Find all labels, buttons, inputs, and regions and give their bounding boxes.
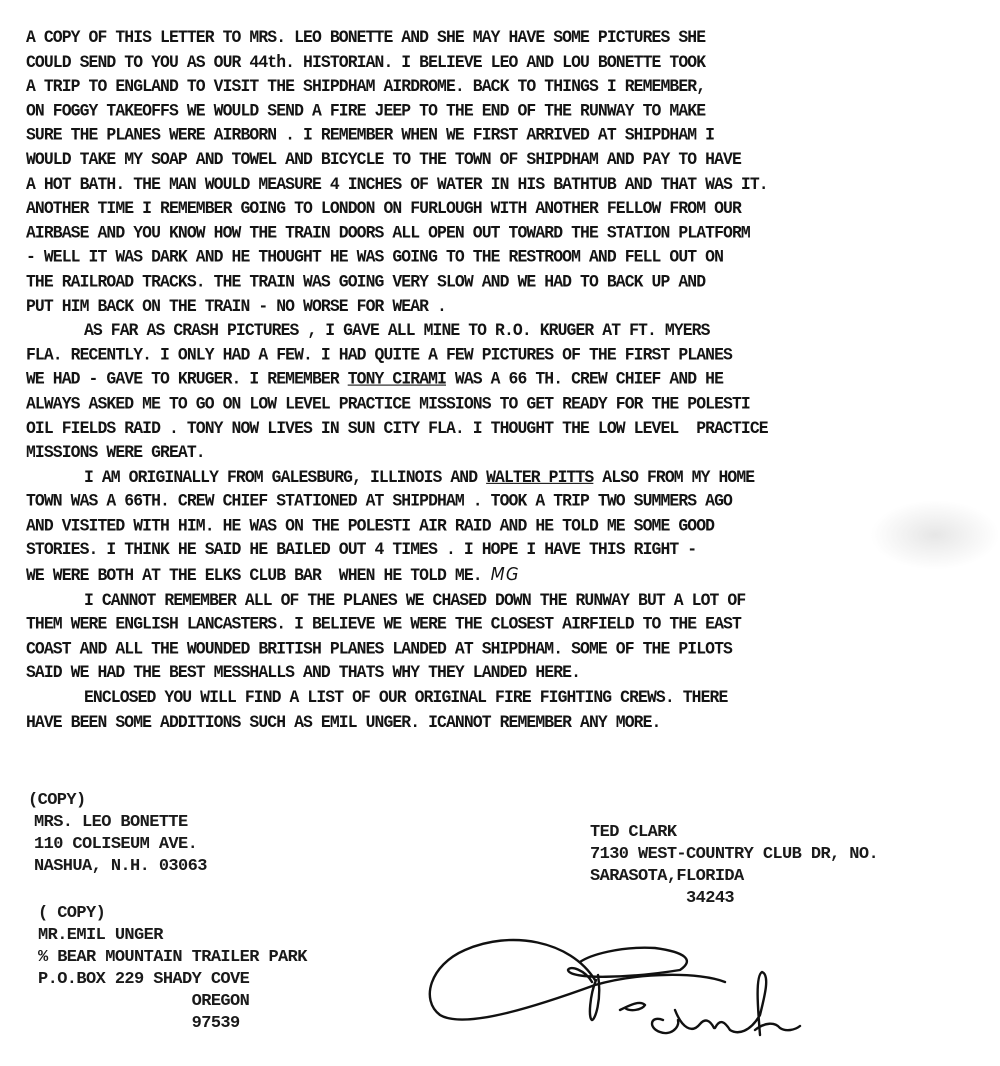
text-line: - WELL IT WAS DARK AND HE THOUGHT HE WAS… <box>26 246 986 270</box>
underlined-name: WALTER PITTS <box>486 466 593 487</box>
address-line: 7130 WEST-COUNTRY CLUB DR, NO. <box>590 844 878 866</box>
letter-body: A COPY OF THIS LETTER TO MRS. LEO BONETT… <box>26 26 986 735</box>
address-line: 110 COLISEUM AVE. <box>28 834 207 856</box>
text-line: THEM WERE ENGLISH LANCASTERS. I BELIEVE … <box>26 613 986 637</box>
text-line: ANOTHER TIME I REMEMBER GOING TO LONDON … <box>26 197 986 221</box>
address-line: MR.EMIL UNGER <box>38 925 307 947</box>
text-line: ON FOGGY TAKEOFFS WE WOULD SEND A FIRE J… <box>26 99 986 123</box>
text-line: AIRBASE AND YOU KNOW HOW THE TRAIN DOORS… <box>26 221 986 245</box>
address-line: NASHUA, N.H. 03063 <box>28 856 207 878</box>
text-line: TOWN WAS A 66TH. CREW CHIEF STATIONED AT… <box>26 490 986 514</box>
text-line: FLA. RECENTLY. I ONLY HAD A FEW. I HAD Q… <box>26 343 986 367</box>
text-line: MISSIONS WERE GREAT. <box>26 441 986 465</box>
text-line-underlined: I AM ORIGINALLY FROM GALESBURG, ILLINOIS… <box>26 465 986 489</box>
text-line: AS FAR AS CRASH PICTURES , I GAVE ALL MI… <box>26 319 986 343</box>
text-line: WOULD TAKE MY SOAP AND TOWEL AND BICYCLE… <box>26 148 986 172</box>
text-line-underlined: WE HAD - GAVE TO KRUGER. I REMEMBER TONY… <box>26 368 986 392</box>
text-line: PUT HIM BACK ON THE TRAIN - NO WORSE FOR… <box>26 294 986 318</box>
sender-name: TED CLARK <box>590 822 878 844</box>
text-line: ENCLOSED YOU WILL FIND A LIST OF OUR ORI… <box>26 686 986 710</box>
address-line: OREGON <box>38 991 307 1013</box>
scan-smudge <box>870 500 1000 570</box>
text-line: THE RAILROAD TRACKS. THE TRAIN WAS GOING… <box>26 270 986 294</box>
text-line: A HOT BATH. THE MAN WOULD MEASURE 4 INCH… <box>26 172 986 196</box>
paragraph-4: I CANNOT REMEMBER ALL OF THE PLANES WE C… <box>26 588 986 686</box>
text-line: SAID WE HAD THE BEST MESSHALLS AND THATS… <box>26 662 986 686</box>
letter-page: A COPY OF THIS LETTER TO MRS. LEO BONETT… <box>0 0 1000 1066</box>
text-line: COULD SEND TO YOU AS OUR 44th. HISTORIAN… <box>26 50 986 74</box>
copy-recipient-bonette: (COPY) MRS. LEO BONETTE 110 COLISEUM AVE… <box>28 790 207 878</box>
address-line: % BEAR MOUNTAIN TRAILER PARK <box>38 947 307 969</box>
text-line: I CANNOT REMEMBER ALL OF THE PLANES WE C… <box>26 588 986 612</box>
copy-label: (COPY) <box>28 790 207 812</box>
paragraph-1: A COPY OF THIS LETTER TO MRS. LEO BONETT… <box>26 26 986 319</box>
text-line: AND VISITED WITH HIM. HE WAS ON THE POLE… <box>26 514 986 538</box>
text-line: OIL FIELDS RAID . TONY NOW LIVES IN SUN … <box>26 416 986 440</box>
copy-label: ( COPY) <box>38 903 307 925</box>
underlined-name: TONY CIRAMI <box>348 369 446 390</box>
text-line: A TRIP TO ENGLAND TO VISIT THE SHIPDHAM … <box>26 75 986 99</box>
address-line: 97539 <box>38 1013 307 1035</box>
address-line: 34243 <box>590 888 878 910</box>
address-line: SARASOTA,FLORIDA <box>590 866 878 888</box>
sender-address: TED CLARK 7130 WEST-COUNTRY CLUB DR, NO.… <box>590 822 878 910</box>
text-line: ALWAYS ASKED ME TO GO ON LOW LEVEL PRACT… <box>26 392 986 416</box>
paragraph-2: AS FAR AS CRASH PICTURES , I GAVE ALL MI… <box>26 319 986 465</box>
address-line: P.O.BOX 229 SHADY COVE <box>38 969 307 991</box>
text-line: HAVE BEEN SOME ADDITIONS SUCH AS EMIL UN… <box>26 710 986 734</box>
text-line-handwritten: WE WERE BOTH AT THE ELKS CLUB BAR WHEN H… <box>26 563 986 588</box>
text-line: A COPY OF THIS LETTER TO MRS. LEO BONETT… <box>26 26 986 50</box>
paragraph-3: I AM ORIGINALLY FROM GALESBURG, ILLINOIS… <box>26 465 986 588</box>
signature-icon <box>420 910 820 1060</box>
text-line: SURE THE PLANES WERE AIRBORN . I REMEMBE… <box>26 124 986 148</box>
address-line: MRS. LEO BONETTE <box>28 812 207 834</box>
text-line: COAST AND ALL THE WOUNDED BRITISH PLANES… <box>26 637 986 661</box>
handwritten-initials: MG <box>491 564 520 585</box>
copy-recipient-unger: ( COPY) MR.EMIL UNGER % BEAR MOUNTAIN TR… <box>38 903 307 1035</box>
paragraph-5: ENCLOSED YOU WILL FIND A LIST OF OUR ORI… <box>26 686 986 735</box>
text-line: STORIES. I THINK HE SAID HE BAILED OUT 4… <box>26 538 986 562</box>
